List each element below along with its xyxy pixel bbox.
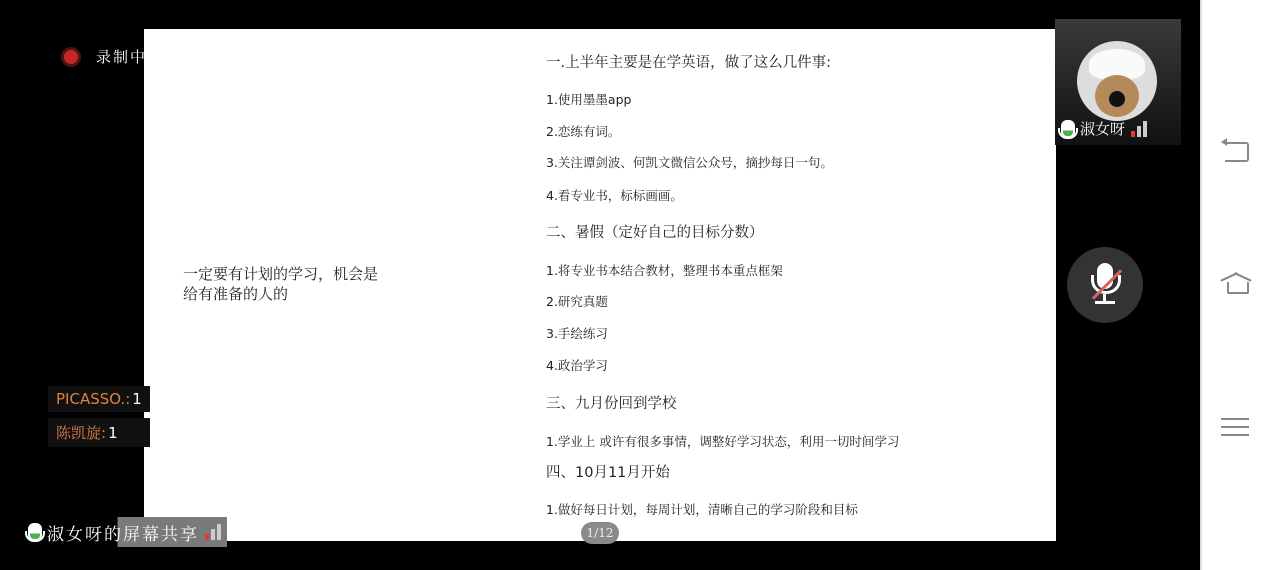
camera-label: 淑女呀 [1061,118,1147,139]
quote-line: 一定要有计划的学习，机会是 [183,264,423,284]
record-dot-icon [64,50,78,64]
screen-share-label: 淑女呀的屏幕共享 [28,517,227,547]
list-item: 3.关注谭剑波、何凯文微信公众号，摘抄每日一句。 [546,153,833,171]
list-item: 1.学业上 或许有很多事情，调整好学习状态，利用一切时间学习 [546,432,899,450]
recording-indicator: 录制中 [64,46,147,67]
comment-user: 陈凯旋: [56,424,106,442]
shared-document[interactable]: 一定要有计划的学习，机会是 给有准备的人的 一.上半年主要是在学英语，做了这么几… [144,29,1056,541]
mic-base [1095,301,1115,304]
mute-button[interactable] [1067,247,1143,323]
comment-text: 1 [108,424,118,442]
page-indicator: 1/12 [581,522,619,544]
list-item: 2.恋练有词。 [546,122,620,140]
comment-item: 陈凯旋:1 [48,418,150,447]
home-roof [1221,270,1251,282]
comment-list: PICASSO.:1 陈凯旋:1 [48,386,150,453]
camera-tile[interactable]: 淑女呀 [1055,19,1181,145]
list-item: 1.使用墨墨app [546,90,631,108]
left-quote: 一定要有计划的学习，机会是 给有准备的人的 [183,264,423,304]
menu-icon[interactable] [1219,414,1253,442]
section-heading: 四、10月11月开始 [546,461,670,482]
section-heading: 二、暑假（定好自己的目标分数） [546,221,764,242]
bear-nose [1109,91,1125,107]
mic-icon [28,523,42,541]
home-icon[interactable] [1219,270,1253,298]
list-item: 4.政治学习 [546,356,608,374]
participant-name: 淑女呀 [1080,118,1125,139]
list-item: 1.将专业书本结合教材，整理书本重点框架 [546,261,783,279]
signal-icon [205,524,221,540]
comment-item: PICASSO.:1 [48,386,150,412]
section-heading: 一.上半年主要是在学英语，做了这么几件事: [546,51,831,72]
section-heading: 三、九月份回到学校 [546,392,677,413]
recording-label: 录制中 [96,46,147,67]
comment-user: PICASSO.: [56,390,130,408]
screen-share-text: 淑女呀的屏幕共享 [47,520,199,545]
list-item: 2.研究真题 [546,292,608,310]
list-item: 1.做好每日计划，每周计划，清晰自己的学习阶段和目标 [546,500,858,518]
mic-icon [1061,120,1075,138]
signal-icon [1131,121,1147,137]
home-body [1227,282,1249,294]
comment-text: 1 [132,390,142,408]
bear-face [1095,75,1139,117]
list-item: 4.看专业书，标标画画。 [546,186,683,204]
back-icon[interactable] [1219,136,1253,164]
avatar [1077,41,1157,121]
system-nav-bar [1200,0,1267,570]
quote-line: 给有准备的人的 [183,284,423,304]
list-item: 3.手绘练习 [546,324,608,342]
